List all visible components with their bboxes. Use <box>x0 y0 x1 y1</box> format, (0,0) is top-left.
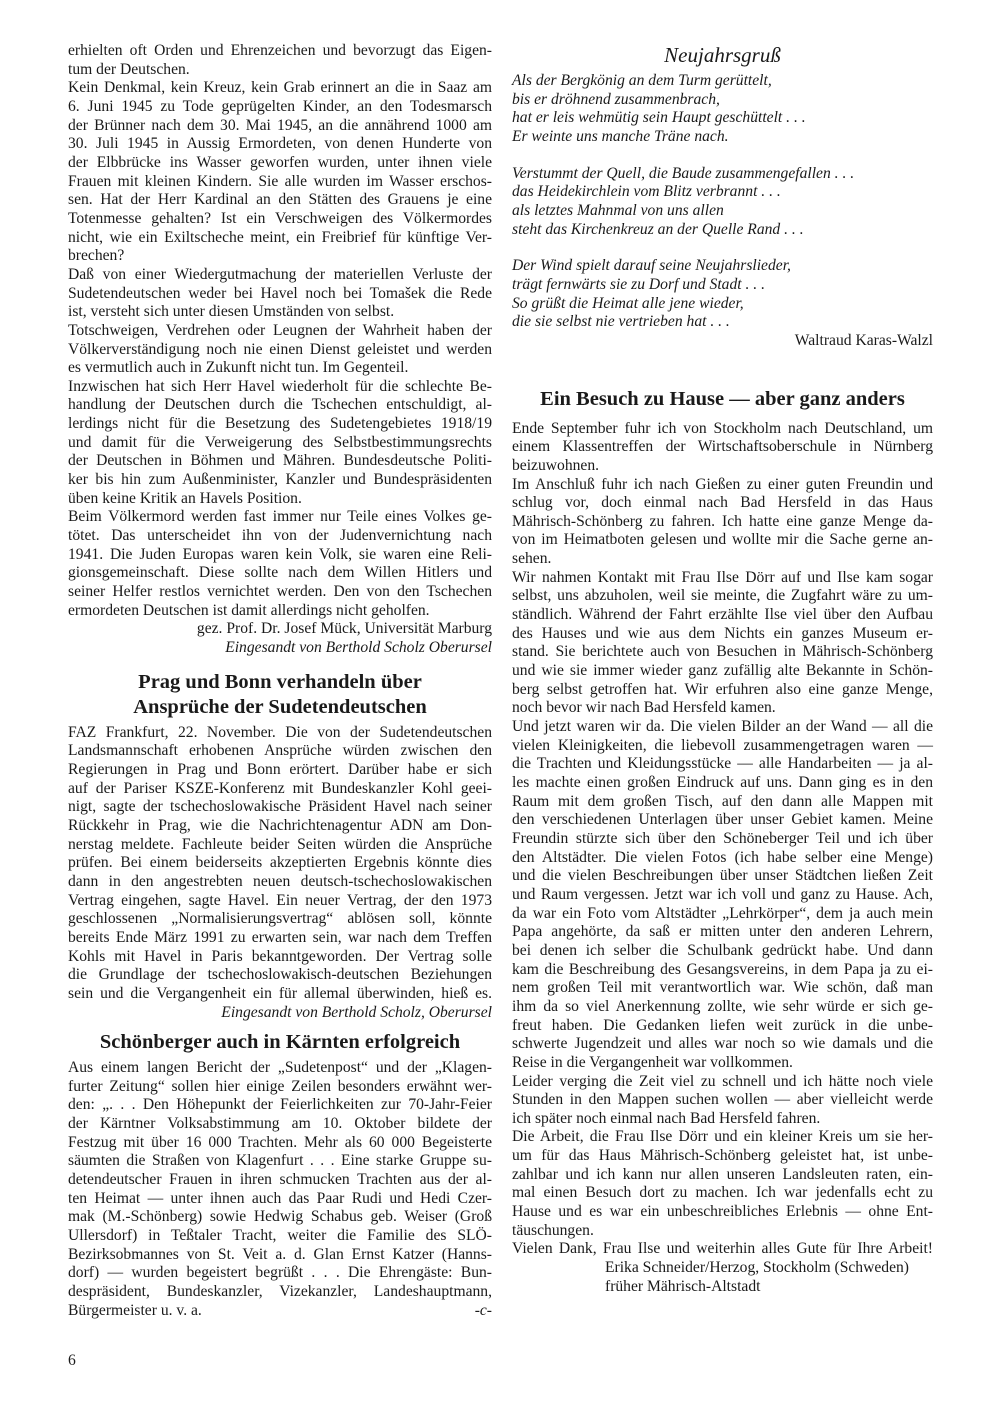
text-line: Bürgermeister u. v. a. <box>68 1302 202 1321</box>
poem-line: Als der Bergkönig an dem Turm gerüttelt, <box>512 72 933 91</box>
submitted-by: Eingesandt von Berthold Scholz, Oberurse… <box>68 1004 492 1023</box>
poem-line: die sie selbst nie vertrieben hat . . . <box>512 313 933 332</box>
text-line: Hause und es war ein unbeschreibliches E… <box>512 1203 933 1222</box>
text-line: sehen. <box>512 550 933 569</box>
text-line: 1941. Die Juden Europas waren kein Volk,… <box>68 546 492 565</box>
text-line: Und jetzt waren wir da. Die vielen Bilde… <box>512 718 933 737</box>
text-line: prüfen. Bei einem beiderseits akzeptiert… <box>68 854 492 873</box>
text-line: und Raum vergessen. Jetzt war ich voll u… <box>512 886 933 905</box>
text-line: Wir nahmen Kontakt mit Frau Ilse Dörr au… <box>512 569 933 588</box>
text-line: Leider verging die Zeit viel zu schnell … <box>512 1073 933 1092</box>
poem-title: Neujahrsgruß <box>512 42 933 68</box>
text-line: ihm da so viel Anerkennung zollte, wie s… <box>512 998 933 1017</box>
text-line: schlug vor, doch einmal nach Bad Hersfel… <box>512 494 933 513</box>
text-line: Beim Völkermord werden fast immer nur Te… <box>68 508 492 527</box>
article-headline: Schönberger auch in Kärnten erfolgreich <box>68 1030 492 1055</box>
text-line: säumten die Straßen von Klagenfurt . . .… <box>68 1152 492 1171</box>
text-line: und wie sie immer wieder ganz zufällig a… <box>512 662 933 681</box>
author-signature: -c- <box>475 1302 492 1321</box>
text-line: Landsmannschaft erhobenen Ansprüche würd… <box>68 742 492 761</box>
text-line: nerstag meldete. Fachleute beider Seiten… <box>68 836 492 855</box>
author-signature: gez. Prof. Dr. Josef Mück, Universität M… <box>68 620 492 639</box>
text-line: stand. Sie berichtete auch von Besuchen … <box>512 643 933 662</box>
text-line: Kein Denkmal, kein Kreuz, kein Grab erin… <box>68 79 492 98</box>
text-line: Totenmesse gehalten? Ist ein Verschweige… <box>68 210 492 229</box>
text-line: Stunden in den Mappen suchen wollen — ab… <box>512 1091 933 1110</box>
text-line: da war ein Foto vom Altstädter „Lehrkörp… <box>512 905 933 924</box>
text-line: geschlossenen „Normalisierungsvertrag“ a… <box>68 910 492 929</box>
text-line: 6. Juni 1945 zu Tode geprügelten Kinder,… <box>68 98 492 117</box>
text-line: Inzwischen hat sich Herr Havel wiederhol… <box>68 378 492 397</box>
text-line: Reise in die Vergangenheit war vollkomme… <box>512 1054 933 1073</box>
article-prag-bonn: Prag und Bonn verhandeln über Ansprüche … <box>68 670 492 1023</box>
text-line: Vielen Dank, Frau Ilse und weiterhin all… <box>512 1240 933 1259</box>
text-line: den verschiedenen Unterlagen über unser … <box>512 811 933 830</box>
text-line: Regierungen in Prag und Bonn erörtert. D… <box>68 761 492 780</box>
intro-article-body: erhielten oft Orden und Ehrenzeichen und… <box>68 42 492 658</box>
text-line: ten Heimat — unter ihnen auch das Paar R… <box>68 1190 492 1209</box>
text-line: FAZ Frankfurt, 22. November. Die von der… <box>68 724 492 743</box>
text-line: erhielten oft Orden und Ehrenzeichen und… <box>68 42 492 61</box>
text-line: Völkerverständigung noch nie einen Diens… <box>68 341 492 360</box>
text-line: ermordeten Deutschen ist damit allerding… <box>68 602 492 621</box>
text-line: üben keine Kritik an Havels Position. <box>68 490 492 509</box>
text-line: Ende September fuhr ich von Stockholm na… <box>512 420 933 439</box>
text-line: einem Klassentreffen der Wirtschaftsober… <box>512 438 933 457</box>
text-line: les machte einen großen Eindruck auf uns… <box>512 774 933 793</box>
text-line: Daß von einer Wiedergutmachung der mater… <box>68 266 492 285</box>
text-line: es vermutlich auch in Zukunft nicht tun.… <box>68 359 492 378</box>
text-line: dorf) — wurden begeistert begrüßt . . . … <box>68 1264 492 1283</box>
text-line: mal einen Besuch dort zu machen. Ich war… <box>512 1184 933 1203</box>
text-line: die Grundlage der tschechoslowakisch-deu… <box>68 966 492 985</box>
poem-line: das Heidekirchlein vom Blitz verbrannt .… <box>512 183 933 202</box>
text-line: des Hauses und wie aus dem Nichts ein ga… <box>512 625 933 644</box>
text-line: tum der Deutschen. <box>68 61 492 80</box>
text-line: detendeutscher Frauen in ihren schmucken… <box>68 1171 492 1190</box>
text-line: Die Arbeit, die Frau Ilse Dörr und ein k… <box>512 1128 933 1147</box>
right-column: Neujahrsgruß Als der Bergkönig an dem Tu… <box>512 42 933 1296</box>
text-line: der Elbbrücke ins Wasser geworfen wurden… <box>68 154 492 173</box>
text-line: ständlich. Während der Fahrt erzählte Il… <box>512 606 933 625</box>
text-line: auf der Pariser KSZE-Konferenz mit Bunde… <box>68 780 492 799</box>
text-line: und damit für die Verweigerung des Selbs… <box>68 434 492 453</box>
text-line: seiner Helfer restlos vernichtet werden.… <box>68 583 492 602</box>
text-line: Festzug mit über 16 000 Trachten. Mehr a… <box>68 1134 492 1153</box>
text-line: nem großen Teil mit verantwortlich war. … <box>512 979 933 998</box>
text-line: ich später noch einmal nach Bad Hersfeld… <box>512 1110 933 1129</box>
author-origin: früher Mährisch-Altstadt <box>512 1278 933 1297</box>
text-line: tötet. Das unterscheidet ihn von der Jud… <box>68 527 492 546</box>
poem-line: Der Wind spielt darauf seine Neujahrslie… <box>512 257 933 276</box>
text-line: Raum mit dem großen Tisch, auf den dann … <box>512 793 933 812</box>
text-line: Mährisch-Schönberg zu fahren. Ich hatte … <box>512 513 933 532</box>
text-line: und die vielen Beschreibungen über unser… <box>512 867 933 886</box>
poem-neujahrsgruss: Neujahrsgruß Als der Bergkönig an dem Tu… <box>512 42 933 351</box>
article-headline: Ein Besuch zu Hause — aber ganz anders <box>512 387 933 412</box>
text-line: von im Heimatboten gelesen und wollte mi… <box>512 531 933 550</box>
text-line: täuschungen. <box>512 1222 933 1241</box>
text-line: nicht, wie ein Exiltscheche meint, ein F… <box>68 229 492 248</box>
text-line: um für das Haus Mährisch-Schönberg gelei… <box>512 1147 933 1166</box>
poem-line: als letztes Mahnmal von uns allen <box>512 202 933 221</box>
page-number: 6 <box>68 1352 76 1370</box>
text-line: Im Anschluß fuhr ich nach Gießen zu eine… <box>512 476 933 495</box>
text-line: mak (M.-Schönberg) sowie Hedwig Schabus … <box>68 1208 492 1227</box>
text-line: Totschweigen, Verdrehen oder Leugnen der… <box>68 322 492 341</box>
text-line: Papa angehörte, da saß er mitten unter d… <box>512 923 933 942</box>
poem-line: Verstummt der Quell, die Baude zusammeng… <box>512 165 933 184</box>
text-line: vielen Kleinigkeiten, die liebevoll zusa… <box>512 737 933 756</box>
text-line: freut haben. Die Gedanken liefen weit zu… <box>512 1017 933 1036</box>
poem-line: hat er leis wehmütig sein Haupt geschütt… <box>512 109 933 128</box>
text-line: dann in den angestrebten neuen deutsch-t… <box>68 873 492 892</box>
text-line: der Brünner nach dem 30. Mai 1945, an di… <box>68 117 492 136</box>
text-line: berg selbst getroffen hat. Wir erfuhren … <box>512 681 933 700</box>
text-line: Aus einem langen Bericht der „Sudetenpos… <box>68 1059 492 1078</box>
text-line: Sudetendeutschen weder bei Havel noch be… <box>68 285 492 304</box>
poem-line: trägt fernwärts sie zu Dorf und Stadt . … <box>512 276 933 295</box>
text-line: lerdings nicht für die Besetzung des Sud… <box>68 415 492 434</box>
text-line: 30. Juli 1945 in Aussig Ermordeten, von … <box>68 135 492 154</box>
text-line: zahlbar und ich kann nur allen unseren L… <box>512 1166 933 1185</box>
text-line: bei denen ich selber die Schulbank gedrü… <box>512 942 933 961</box>
text-line: Frauen mit kleinen Kindern. Sie alle wur… <box>68 173 492 192</box>
article-schoenberger-kaernten: Schönberger auch in Kärnten erfolgreich … <box>68 1030 492 1320</box>
text-line: furter Zeitung“ sollen hier einige Zeile… <box>68 1078 492 1097</box>
article-headline: Prag und Bonn verhandeln über <box>68 670 492 695</box>
text-line: die Trachten und Kleidungsstücke — alle … <box>512 755 933 774</box>
text-line: sein und die Vergangenheit ein für allem… <box>68 985 492 1004</box>
text-line: nigt, sagte der tschechoslowakische Präs… <box>68 798 492 817</box>
text-line: selbst, uns abzuholen, weil sie meinte, … <box>512 587 933 606</box>
text-line: den: „. . . Den Höhepunkt der Feierlichk… <box>68 1096 492 1115</box>
text-line: sen. Hat der Herr Kardinal an den Stätte… <box>68 191 492 210</box>
text-line: kam die Beschreibung des Gesangsvereins,… <box>512 961 933 980</box>
text-line: noch bevor wir nach Bad Hersfeld kamen. <box>512 699 933 718</box>
text-line: gionsgemeinschaft. Diese sollte nach dem… <box>68 564 492 583</box>
text-line: Rückkehr in Prag, wie die Nachrichtenage… <box>68 817 492 836</box>
text-line: bereits Ende März 1991 zu erwarten sein,… <box>68 929 492 948</box>
author-signature: Erika Schneider/Herzog, Stockholm (Schwe… <box>512 1259 933 1278</box>
text-line: Vertrag eingehen, sagte Havel. Ein neuer… <box>68 892 492 911</box>
text-line: beizuwohnen. <box>512 457 933 476</box>
last-line-row: Bürgermeister u. v. a. -c- <box>68 1302 492 1321</box>
poem-author: Waltraud Karas-Walzl <box>512 332 933 351</box>
submitted-by: Eingesandt von Berthold Scholz Oberursel <box>68 639 492 658</box>
text-line: brechen? <box>68 247 492 266</box>
article-headline: Ansprüche der Sudetendeutschen <box>68 695 492 720</box>
text-line: despräsident, Bundeskanzler, Vizekanzler… <box>68 1283 492 1302</box>
text-line: ist, versteht sich unter diesen Umstände… <box>68 303 492 322</box>
text-line: handlung der Deutschen durch die Tschech… <box>68 396 492 415</box>
text-line: schwerte Jugendzeit und alles war noch s… <box>512 1035 933 1054</box>
text-line: ker bis hin zum Außenminister, Kanzler u… <box>68 471 492 490</box>
left-column: erhielten oft Orden und Ehrenzeichen und… <box>68 42 492 1320</box>
article-besuch-zu-hause: Ein Besuch zu Hause — aber ganz anders E… <box>512 387 933 1297</box>
poem-line: Er weinte uns manche Träne nach. <box>512 128 933 147</box>
text-line: Ullersdorf) in Teßtaler Tracht, weiter d… <box>68 1227 492 1246</box>
text-line: der Kärntner Volksabstimmung am 10. Okto… <box>68 1115 492 1134</box>
poem-line: steht das Kirchenkreuz an der Quelle Ran… <box>512 221 933 240</box>
poem-line: bis er dröhnend zusammenbrach, <box>512 91 933 110</box>
poem-line: So grüßt die Heimat alle jene wieder, <box>512 295 933 314</box>
text-line: der Deutschen in Böhmen und Mähren. Bund… <box>68 452 492 471</box>
text-line: Kohls mit Havel in Paris bekanntgeworden… <box>68 948 492 967</box>
text-line: Freundin stürzte sich über den Schöneber… <box>512 830 933 849</box>
text-line: Bezirksobmannes von St. Veit a. d. Glan … <box>68 1246 492 1265</box>
text-line: den Altstädter. Die vielen Fotos (ich ha… <box>512 849 933 868</box>
